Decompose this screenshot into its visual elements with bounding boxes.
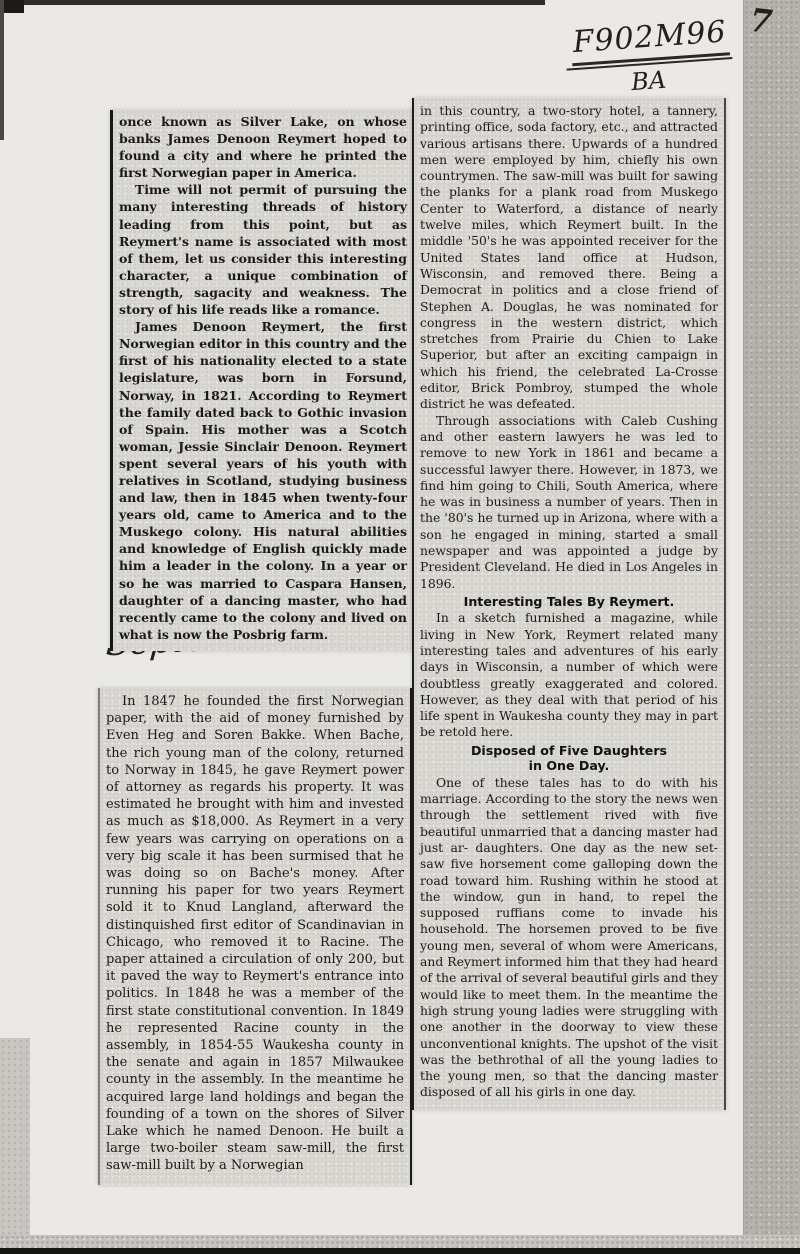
clipping-right: in this country, a two-story hotel, a ta…: [412, 98, 726, 1110]
clipping-left-bottom: In 1847 he founded the first Norwegian p…: [98, 688, 412, 1185]
handwritten-page-number: 7: [748, 1, 774, 41]
clipping-left-top: once known as Silver Lake, on whose bank…: [110, 110, 414, 651]
call-number-text: F902M96: [570, 14, 730, 66]
clipping-paragraph: Time will not permit of pursuing the man…: [119, 181, 407, 318]
clipping-paragraph: In 1847 he founded the first Norwegian p…: [106, 693, 404, 1175]
scan-edge-top: [0, 0, 545, 5]
clipping-paragraph: Through associations with Caleb Cushing …: [420, 413, 718, 592]
scan-edge-bottom-line: [0, 1248, 800, 1254]
clipping-paragraph: James Denoon Reymert, the first Norwegia…: [119, 318, 407, 643]
scan-edge-left-bottom-band: [0, 1038, 30, 1254]
scan-edge-bottom-band: [0, 1235, 800, 1248]
scan-edge-right-band: [743, 0, 800, 1254]
clipping-paragraph: in this country, a two-story hotel, a ta…: [420, 103, 718, 413]
handwritten-call-number: F902M96 BA: [570, 15, 725, 100]
scan-edge-left: [0, 0, 4, 140]
clipping-paragraph: One of these tales has to do with his ma…: [420, 775, 718, 1101]
subheading-line: in One Day.: [529, 758, 610, 773]
clipping-paragraph: In a sketch furnished a magazine, while …: [420, 610, 718, 740]
subheading-line: Disposed of Five Daughters: [471, 743, 667, 758]
clipping-paragraph: once known as Silver Lake, on whose bank…: [119, 113, 407, 181]
clipping-subheading: Interesting Tales By Reymert.: [420, 594, 718, 610]
clipping-subheading: Disposed of Five Daughters in One Day.: [420, 743, 718, 774]
